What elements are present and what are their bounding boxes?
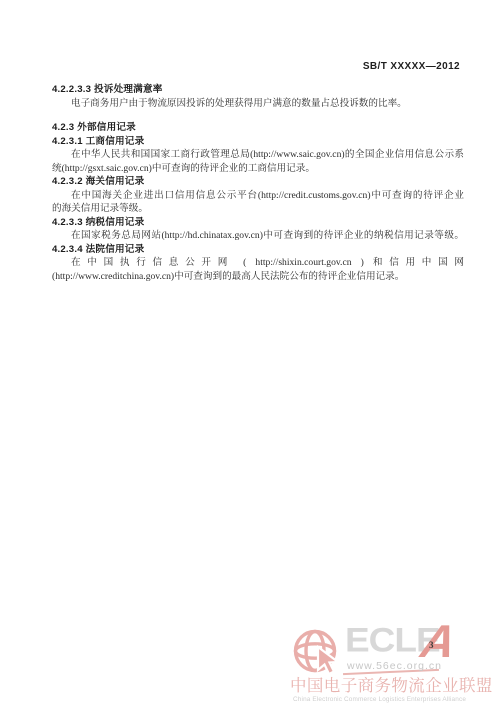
globe-cursor-icon [290,627,344,681]
org-name-english: China Electronic Commerce Logistics Ente… [293,696,497,703]
document-page: SB/T XXXXX—2012 4.2.2.3.3 投诉处理满意率电子商务用户由… [0,0,500,707]
logo-website-text: www.56ec.org.cn [347,660,442,672]
logo-letter-a: A [418,617,460,665]
document-body: 4.2.2.3.3 投诉处理满意率电子商务用户由于物流原因投诉的处理获得用户满意… [52,83,464,283]
page-number: 3 [429,640,434,650]
clause-heading: 4.2.3.1 工商信用记录 [52,135,464,149]
document-line: 在中华人民共和国国家工商行政管理总局(http://www.saic.gov.c… [52,148,464,162]
document-line: 在中国执行信息公开网 ( http://shixin.court.gov.cn … [52,256,464,270]
document-line: 电子商务用户由于物流原因投诉的处理获得用户满意的数量占总投诉数的比率。 [52,97,464,111]
document-line: 在国家税务总局网站(http://hd.chinatax.gov.cn)中可查询… [52,229,464,243]
standard-number: SB/T XXXXX—2012 [363,61,460,72]
clause-heading: 4.2.3 外部信用记录 [52,121,464,135]
document-line: 的海关信用记录等级。 [52,202,464,216]
clause-heading: 4.2.2.3.3 投诉处理满意率 [52,83,464,97]
document-line: 统(http://gsxt.saic.gov.cn)中可查询的待评企业的工商信用… [52,162,464,176]
eclea-watermark-logo: ECLE A www.56ec.org.cn 中国电子商务物流企业联盟 Chin… [285,626,497,707]
clause-heading: 4.2.3.3 纳税信用记录 [52,216,464,230]
logo-swoosh-line [343,668,439,675]
clause-heading: 4.2.3.2 海关信用记录 [52,175,464,189]
clause-heading: 4.2.3.4 法院信用记录 [52,243,464,257]
logo-acronym-gray: ECLE [345,622,440,659]
cursor-arrow-icon [318,647,338,674]
org-name-chinese: 中国电子商务物流企业联盟 [290,677,495,694]
document-line: 在中国海关企业进出口信用信息公示平台(http://credit.customs… [52,189,464,203]
document-line: (http://www.creditchina.gov.cn)中可查询到的最高人… [52,270,464,284]
